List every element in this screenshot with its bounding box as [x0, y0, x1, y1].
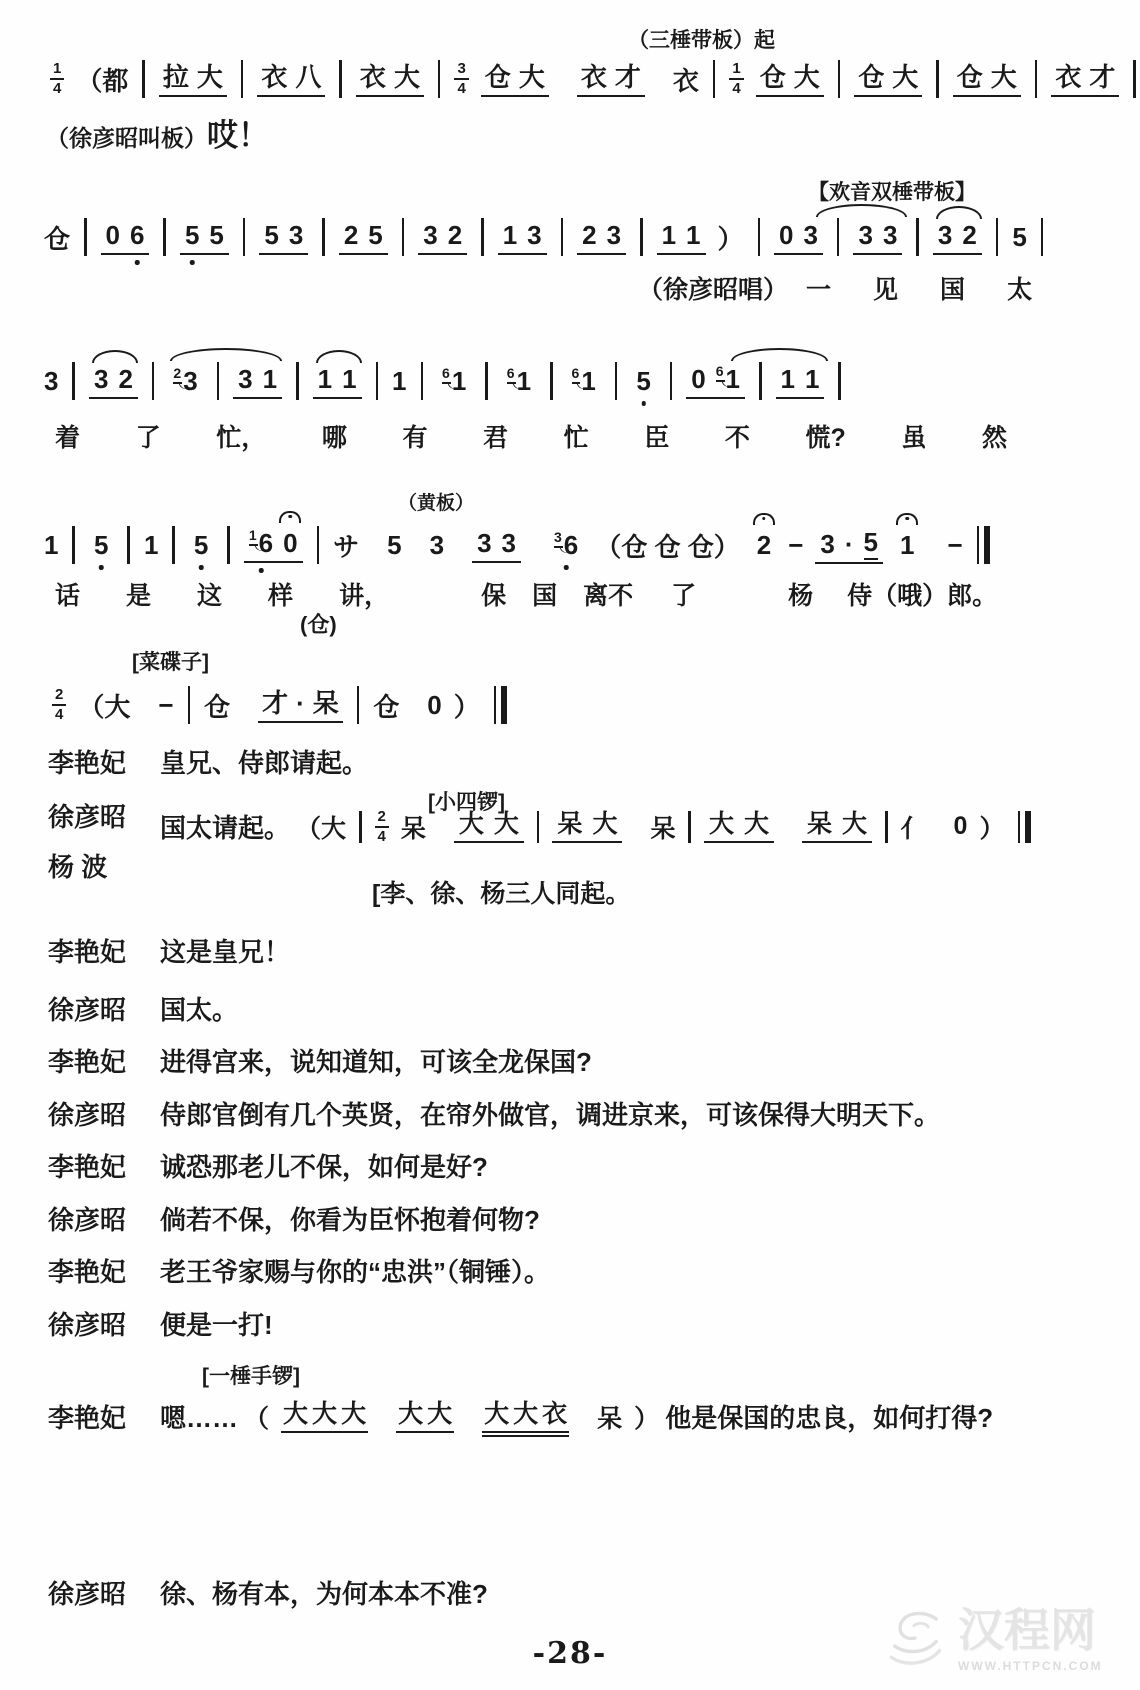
note-group: 衣八 — [257, 62, 325, 97]
score-page: （三棰带板）起 14（都拉大衣八衣大34仓大衣才衣14仓大仓大仓大衣才衣呆 （徐… — [0, 0, 1140, 1690]
note-group: 11 — [657, 220, 706, 255]
note: 5 — [194, 530, 208, 561]
note-value: 1 — [781, 365, 795, 394]
note-value: 3 — [423, 221, 437, 250]
speaker-name-stack: 徐彦昭 杨 波 — [48, 792, 126, 892]
note-value: 才 — [1089, 63, 1115, 92]
score-text: サ — [333, 527, 359, 564]
note-value: 1 — [662, 221, 676, 250]
note-value: 大 — [744, 811, 769, 839]
note-value: 大 — [197, 63, 223, 92]
note: 1 — [503, 220, 517, 251]
lyric-syllable: 见 — [873, 270, 898, 306]
time-signature: 24 — [375, 809, 389, 845]
score-text: （ — [244, 1399, 269, 1435]
note-value: 3 — [527, 221, 541, 250]
lyric-syllable: 虽 — [901, 418, 926, 454]
dialogue-row: 徐彦昭 国太。 — [48, 990, 238, 1027]
grace-note: 6 — [572, 365, 580, 381]
speaker-name: 李艳妃 — [48, 1042, 160, 1079]
note-value: 大 — [592, 811, 617, 839]
note: 大 — [283, 1400, 308, 1429]
barline — [172, 526, 175, 564]
note-value: 2 — [448, 221, 462, 250]
note-group: 32 — [89, 364, 138, 399]
note-group: 5 — [189, 530, 213, 561]
dialogue-text: 便是一打! — [160, 1305, 273, 1342]
score-text: 呆 — [597, 1399, 622, 1435]
note: 2 — [962, 220, 976, 251]
note: 大 — [484, 1400, 509, 1429]
barline — [996, 218, 999, 256]
note: 3 — [477, 528, 491, 559]
time-denominator: 4 — [732, 80, 740, 97]
dialogue-text: 皇兄、侍郎请起。 — [160, 743, 368, 780]
note-group: 11 — [776, 364, 825, 399]
note-value: 大 — [427, 1401, 452, 1429]
barline — [640, 218, 643, 256]
lyric-syllable: 话 — [55, 576, 80, 612]
note: 0 — [283, 528, 297, 559]
watermark-logo-icon — [880, 1601, 952, 1678]
note-value: 5 — [194, 531, 208, 560]
note: 5 — [185, 220, 199, 251]
time-denominator: 4 — [457, 80, 465, 97]
barline — [127, 526, 130, 564]
score-text: 3 — [44, 366, 58, 397]
note: 3 — [289, 220, 303, 251]
dialogue-text: 国太。 — [160, 990, 238, 1027]
barline — [936, 60, 939, 98]
note-value: 1 — [318, 365, 332, 394]
note-value: 1 — [686, 221, 700, 250]
note-value: 衣 — [542, 1401, 567, 1429]
note: 0 — [779, 220, 793, 251]
note-group: 大大大 — [281, 1400, 368, 1433]
barline — [84, 218, 87, 256]
score-text: − — [158, 690, 173, 721]
banshi-label: 【欢音双棰带板】 — [808, 176, 976, 206]
dialogue-row: 李艳妃 老王爷家赐与你的“忠洪”（铜锤）。 — [48, 1252, 550, 1289]
note-value: 拉 — [163, 63, 189, 92]
note: 衣 — [1055, 62, 1081, 93]
grace-note: 6 — [442, 365, 450, 381]
note-value: 衣 — [1055, 63, 1081, 92]
note-group: 仓大 — [953, 62, 1021, 97]
note: 3 — [858, 220, 872, 251]
note-group: 53 — [259, 220, 308, 255]
note: 5 — [209, 220, 223, 251]
note-group: 061 — [686, 364, 745, 399]
note-value: 大 — [842, 811, 867, 839]
time-signature: 34 — [454, 61, 468, 97]
score-text: 1 — [392, 366, 406, 397]
watermark: 汉程网 WWW.HTTPCN.COM — [880, 1592, 1140, 1687]
note-value: 3 — [289, 221, 303, 250]
lyric-sub-annotation: (仓) — [300, 608, 337, 639]
note-group: 11 — [313, 364, 362, 399]
note: 衣 — [261, 62, 287, 93]
score-text: − — [947, 530, 962, 561]
note-value: 1 — [342, 365, 356, 394]
barline — [163, 218, 166, 256]
note: 呆 — [313, 688, 339, 719]
dialogue-text: 徐、杨有本，为何本本不准? — [160, 1574, 488, 1611]
note-group: 33 — [472, 528, 521, 563]
final-barline — [1018, 811, 1031, 843]
note-value: 大 — [991, 63, 1017, 92]
barline — [561, 218, 564, 256]
note-value: 5 — [209, 221, 223, 250]
note-value: 八 — [295, 63, 321, 92]
note-value: 才 — [615, 63, 641, 92]
dialogue-text: 进得宫来，说知道知，可该全龙保国? — [160, 1042, 592, 1079]
watermark-site-url: WWW.HTTPCN.COM — [958, 1659, 1103, 1673]
note-group: 36 — [549, 530, 583, 561]
note: 61 — [716, 364, 740, 395]
note: 3 — [804, 220, 818, 251]
score-text: 衣 — [673, 61, 699, 98]
note: 衣 — [581, 62, 607, 93]
note-group: 5 — [631, 366, 655, 397]
grace-note: 6 — [507, 365, 515, 381]
dialogue-row: 李艳妃 这是皇兄！ — [48, 932, 290, 969]
fermata-icon — [753, 513, 775, 525]
barline — [296, 362, 299, 400]
note-value: 大 — [519, 63, 545, 92]
dialogue-text: 侍郎官倒有几个英贤，在帘外做官，调进京来，可该保得大明天下。 — [160, 1095, 940, 1132]
lyric-syllable: 有 — [402, 418, 427, 454]
barline — [243, 218, 246, 256]
note: 大 — [513, 1400, 538, 1429]
fermata-icon — [896, 513, 918, 525]
barline — [188, 686, 191, 724]
speaker-name: 徐彦昭 — [48, 1574, 160, 1611]
barline — [1133, 60, 1136, 98]
lyric-syllable: 忙 — [564, 418, 589, 454]
tie-group: 06111 — [680, 362, 830, 400]
note: 大 — [197, 62, 223, 93]
note-value: 仓 — [760, 63, 786, 92]
note-group: 55 — [180, 220, 229, 255]
score-text: （都 — [76, 61, 128, 98]
note-value: 大 — [312, 1401, 337, 1429]
barline — [152, 362, 155, 400]
note-value: 5 — [636, 367, 650, 396]
note-value: 大 — [341, 1401, 366, 1429]
score-text: ） — [634, 1399, 659, 1435]
note-value: 0 — [691, 365, 705, 394]
note: 3 — [607, 220, 621, 251]
note: 1 — [900, 530, 914, 561]
lyric-syllable: 讲， — [339, 576, 389, 612]
note-value: 大 — [709, 811, 734, 839]
note: 5 — [636, 366, 650, 397]
note-value: 5 — [264, 221, 278, 250]
note-value: 0 — [106, 221, 120, 250]
dialogue-row: 国太请起。 （大24呆大大呆大呆大大呆大亻0） — [160, 808, 1039, 845]
score-text: 5 — [387, 530, 401, 561]
barline — [481, 218, 484, 256]
tie-group: 0333 — [768, 218, 908, 256]
note: 0 — [106, 220, 120, 251]
note-group: 31 — [233, 364, 282, 399]
speaker-name: 李艳妃 — [48, 743, 160, 780]
dialogue-text: 国太请起。 — [160, 808, 290, 845]
note: 3 — [820, 529, 834, 560]
note: 大 — [312, 1400, 337, 1429]
time-denominator: 4 — [53, 80, 61, 97]
dialogue-row: 徐彦昭 侍郎官倒有几个英贤，在帘外做官，调进京来，可该保得大明天下。 — [48, 1095, 940, 1132]
note: 3 — [423, 220, 437, 251]
barline — [713, 60, 716, 98]
note: 仓 — [957, 62, 983, 93]
note-value: 0 — [779, 221, 793, 250]
barline — [838, 60, 841, 98]
note-group: 仓大 — [854, 62, 922, 97]
speaker-name: 徐彦昭 — [48, 1305, 160, 1342]
melody-line-1: 仓0655532532132311）0333325 — [38, 208, 1051, 266]
note: 6 — [130, 220, 144, 251]
note-value: 呆 — [807, 811, 832, 839]
note-value: 仓 — [485, 63, 511, 92]
note: 大 — [427, 1400, 452, 1429]
barline — [217, 362, 220, 400]
time-numerator: 1 — [50, 61, 64, 80]
note-group: 32 — [418, 220, 467, 255]
melody-line-3: 1515160サ533336（仓 仓 仓）2−3·51− — [38, 516, 998, 574]
lyric-syllable: 着 — [55, 418, 80, 454]
note: 1 — [781, 364, 795, 395]
barline — [688, 811, 691, 843]
note-value: 3 — [607, 221, 621, 250]
time-signature: 14 — [729, 61, 743, 97]
barline — [537, 811, 540, 843]
note-value: 2 — [757, 531, 771, 560]
score-text: 仓 — [373, 687, 399, 724]
note-value: 6 — [130, 221, 144, 250]
dialogue-row: 徐彦昭 倘若不保，你看为臣怀抱着何物? — [48, 1200, 540, 1237]
barline — [1041, 218, 1044, 256]
note: 61 — [572, 366, 596, 397]
note-group: 23 — [577, 220, 626, 255]
barline — [339, 60, 342, 98]
note: 大 — [892, 62, 918, 93]
score-text: 亻 — [901, 809, 926, 845]
speaker-name: 杨 波 — [48, 842, 126, 892]
note: 仓 — [485, 62, 511, 93]
time-numerator: 2 — [52, 687, 66, 706]
note-group: 25 — [339, 220, 388, 255]
speaker-name: 徐彦昭 — [48, 990, 160, 1027]
note: 3 — [238, 364, 252, 395]
note: 3 — [883, 220, 897, 251]
note-group: 2 — [752, 530, 776, 561]
note: 大 — [341, 1400, 366, 1429]
note-value: 3 — [502, 529, 516, 558]
grace-note: 2 — [173, 365, 181, 381]
lyric-syllable: 太 — [1007, 270, 1032, 306]
lyric-row-2: 着了忙，哪有君忙臣不慌?虽然 — [55, 418, 1007, 454]
note-value: 衣 — [581, 63, 607, 92]
note-value: 3 — [804, 221, 818, 250]
lyric-row-1: （徐彦昭唱） 一见国太 — [638, 270, 1074, 306]
note-value: 3 — [858, 221, 872, 250]
note-group: 才·呆 — [258, 688, 343, 723]
note: 大 — [394, 62, 420, 93]
score-text: 呆 — [401, 809, 426, 845]
note-group: 衣才 — [577, 62, 645, 97]
inline-percussion: （大24呆大大呆大呆大大呆大亻0） — [290, 809, 1039, 845]
note-value: 呆 — [313, 689, 339, 718]
barline — [72, 362, 75, 400]
note: 1 — [342, 364, 356, 395]
note-value: 1 — [503, 221, 517, 250]
lyric-syllable: 了 — [671, 576, 696, 612]
note: 呆 — [557, 810, 582, 839]
time-signature: 24 — [52, 687, 66, 723]
lyric-syllable: 君 — [483, 418, 508, 454]
note-value: 3 — [883, 221, 897, 250]
score-text: − — [788, 530, 803, 561]
speaker-name: 李艳妃 — [48, 1252, 160, 1289]
huangban-label: （黄板） — [398, 488, 474, 515]
note: 3 — [527, 220, 541, 251]
note-group: 03 — [774, 220, 823, 255]
note-value: 大 — [513, 1401, 538, 1429]
lyric-syllable: 国 — [532, 576, 557, 612]
call-board-direction: （徐彦昭叫板） — [46, 125, 207, 151]
note: 2 — [582, 220, 596, 251]
final-barline — [494, 686, 507, 724]
tie-group: 2331 — [162, 362, 288, 400]
note: 才 — [1089, 62, 1115, 93]
barline — [758, 218, 761, 256]
barline — [485, 362, 488, 400]
note: 衣 — [542, 1400, 567, 1429]
lyric-syllable: 臣 — [644, 418, 669, 454]
note-group: 呆大 — [802, 810, 872, 843]
watermark-site-name: 汉程网 — [958, 1607, 1096, 1653]
dialogue-row: 李艳妃 皇兄、侍郎请起。 — [48, 743, 368, 780]
note: 2 — [757, 530, 771, 561]
note-value: 大 — [398, 1401, 423, 1429]
shouluo-label: [一棰手锣] — [202, 1360, 300, 1390]
lyric-syllable: 侍（哦）郎。 — [847, 576, 997, 612]
barline — [317, 526, 320, 564]
note-value: 大 — [283, 1401, 308, 1429]
note: 3 — [502, 528, 516, 559]
note-value: 仓 — [858, 63, 884, 92]
note: 大 — [991, 62, 1017, 93]
note-group: 大大 — [704, 810, 774, 843]
inline-percussion: （大大大大大大大衣呆） — [238, 1399, 665, 1435]
score-text: 5 — [1012, 222, 1026, 253]
barline — [72, 526, 75, 564]
note: · — [845, 529, 854, 560]
grace-note: 3 — [554, 529, 562, 545]
barline — [615, 362, 618, 400]
note: 衣 — [360, 62, 386, 93]
time-numerator: 2 — [375, 809, 389, 828]
note-group: 5 — [89, 530, 113, 561]
note-value: 3 — [238, 365, 252, 394]
barline — [359, 811, 362, 843]
note: 61 — [442, 366, 466, 397]
note-group: 06 — [101, 220, 150, 255]
note-group: 大大 — [396, 1400, 454, 1433]
lyric-syllable: 不 — [725, 418, 750, 454]
note-group: 61 — [502, 366, 536, 397]
note-group: 仓大 — [481, 62, 549, 97]
dialogue-text: 这是皇兄！ — [160, 932, 290, 969]
note-value: 3 — [938, 221, 952, 250]
note: 0 — [691, 364, 705, 395]
note: 3 — [938, 220, 952, 251]
note-group: 61 — [567, 366, 601, 397]
note-value: 大 — [892, 63, 918, 92]
score-text: 仓 — [204, 687, 230, 724]
dialogue-row: 李艳妃 进得宫来，说知道知，可该全龙保国? — [48, 1042, 592, 1079]
lyric-syllable: 杨 — [788, 576, 813, 612]
note: 大 — [709, 810, 734, 839]
note: 呆 — [807, 810, 832, 839]
call-board-text: 哎！ — [207, 118, 269, 153]
note: 大 — [398, 1400, 423, 1429]
lyric-syllable: 这 — [197, 576, 222, 612]
speaker-name: 李艳妃 — [48, 1147, 160, 1184]
percussion-line-2: 24（大−仓才·呆仓0） — [46, 676, 515, 734]
note: 36 — [554, 530, 578, 561]
note-value: 大 — [484, 1401, 509, 1429]
note-group: 33 — [853, 220, 902, 255]
barline — [837, 218, 840, 256]
grace-note: 1 — [249, 527, 257, 543]
dialogue-text: 嗯…… — [160, 1398, 238, 1435]
score-text: 1 — [144, 530, 158, 561]
note: · — [296, 688, 305, 719]
note: 才 — [615, 62, 641, 93]
barline — [838, 362, 841, 400]
watermark-text: 汉程网 WWW.HTTPCN.COM — [958, 1607, 1103, 1673]
score-text: 1 — [44, 530, 58, 561]
note: 5 — [864, 527, 878, 560]
note-value: 3 — [820, 530, 834, 559]
singer-direction: （徐彦昭唱） — [638, 270, 788, 306]
note: 5 — [264, 220, 278, 251]
score-text: （仓 仓 仓） — [595, 527, 739, 564]
barline — [376, 362, 379, 400]
barline — [1035, 60, 1038, 98]
note-value: 1 — [900, 531, 914, 560]
barline — [550, 362, 553, 400]
speaker-name: 徐彦昭 — [48, 1095, 160, 1132]
note-value: 1 — [805, 365, 819, 394]
note-group: 衣大 — [356, 62, 424, 97]
note-value: 大 — [394, 63, 420, 92]
barline — [916, 218, 919, 256]
note: 5 — [368, 220, 382, 251]
score-text: 0 — [427, 690, 441, 721]
barline — [885, 811, 888, 843]
note: 2 — [118, 364, 132, 395]
time-signature: 14 — [50, 61, 64, 97]
note-group: 大大衣 — [482, 1400, 569, 1433]
note-value: 5 — [864, 528, 878, 557]
grace-note: 6 — [716, 363, 724, 379]
note-value: · — [845, 530, 854, 559]
barline — [759, 362, 762, 400]
